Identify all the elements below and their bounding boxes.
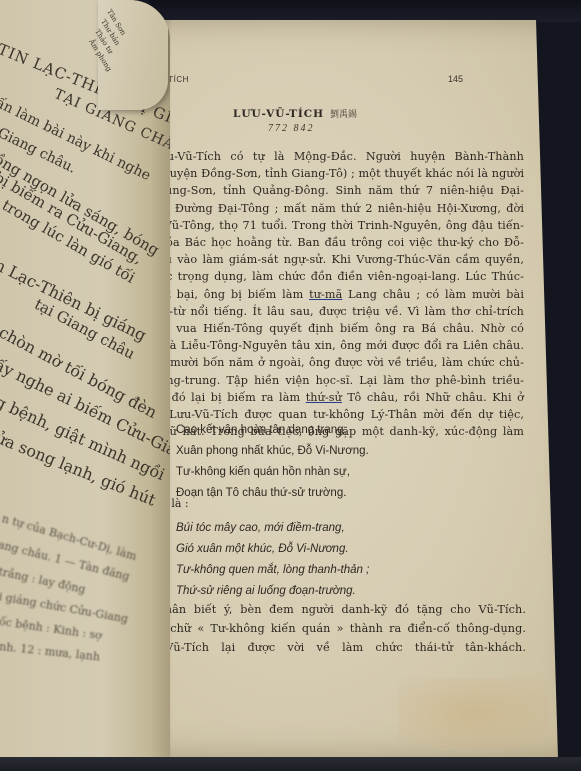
left-note-line: ốc bệnh : Kinh : sợ: [0, 615, 103, 642]
poem-line: Tư-không quen mắt, lòng thanh-thản ;: [176, 560, 369, 581]
poem-line: Gió xuân một khúc, Đỗ Vi-Nương.: [176, 539, 369, 560]
folded-page-corner: Tân Sơn Thư bản Thảo tư Âm phong: [98, 0, 168, 110]
poem-line: Đoạn tận Tô châu thứ-sử trường.: [176, 483, 369, 504]
text-line: -lang-trung. Tập hiền viện học-sĩ. Lại l…: [152, 372, 524, 389]
text-line: khóa Bác học hoằng từ. Ban đầu trông coi…: [152, 234, 524, 251]
text-line: ần, vua Hiến-Tông quyết định biếm ông ra…: [152, 320, 524, 337]
text-line: sau vào làm giám-sát ngự-sử. Khi Vương-T…: [152, 251, 524, 268]
text-line: g Vũ-Tông, thọ 71 tuổi. Trong thời Trinh…: [152, 217, 524, 234]
underlined-term: thứ-sử: [306, 391, 342, 404]
dark-background-bottom: [0, 757, 581, 771]
poem-line: Búi tóc mây cao, mới điềm-trang,: [176, 518, 369, 539]
entry-title: LƯU-VŨ-TÍCH劉禹錫: [233, 107, 357, 120]
text-line: do đó lại bị biếm ra làm thứ-sử Tô châu,…: [152, 389, 524, 406]
text-line: Lý-Thân biết ý, bèn đem người danh-kỹ đó…: [140, 600, 526, 619]
poem-line: Tư-không kiến quán hồn nhàn sự,: [176, 462, 369, 483]
right-page: VŨ-TÍCH 145 LƯU-VŨ-TÍCH劉禹錫 772 842 Lưu-V…: [118, 20, 558, 758]
page-number: 145: [448, 74, 463, 84]
closing-paragraph: Lý-Thân biết ý, bèn đem người danh-kỹ đó…: [140, 600, 526, 657]
text-line: mấy chữ « Tư-không kiến quán » thành ra …: [140, 619, 526, 638]
text-line: Trung-Sơn, tỉnh Quảng-Đông. Sinh năm thứ…: [152, 182, 524, 199]
text-line: đời Đường Đại-Tông ; mất năm thứ 2 niên-…: [152, 200, 524, 217]
text-line: ộ và Liễu-Tông-Nguyên tâu xin, ông mới đ…: [152, 337, 524, 354]
entry-title-hanzi: 劉禹錫: [330, 110, 357, 120]
poem-original: Cao kết vân hoàn tân dạng trang, Xuân ph…: [176, 420, 369, 504]
dark-background-top: [150, 0, 581, 22]
poem-translation: Búi tóc mây cao, mới điềm-trang, Gió xuâ…: [176, 518, 369, 602]
poem-line: Xuân phong nhất khúc, Đỗ Vi-Nương.: [176, 441, 369, 462]
text-line: yn mười bốn năm ở ngoài, ông được vời về…: [152, 354, 524, 371]
biography-paragraph: Lưu-Vũ-Tích có tự là Mộng-Đắc. Người huy…: [152, 148, 524, 440]
left-note-line: nh. 12 : mưa, lạnh: [0, 640, 101, 664]
left-page: TIN LẠC-THIÊN BỊ GIÁNG TẠI GIANG CHÂU ấn…: [0, 0, 170, 757]
text-line: chỉ-từ nổi tiếng. Ít lâu sau, được triệu…: [152, 303, 524, 320]
text-line: bất bại, ông bị biếm làm tư-mã Lang châu…: [152, 286, 524, 303]
text-line: ược trọng dụng, làm chức đồn điền viên-n…: [152, 268, 524, 285]
text-line: Lưu-Vũ-Tích lại được vời về làm chức thá…: [140, 638, 526, 657]
entry-title-text: LƯU-VŨ-TÍCH: [233, 108, 324, 120]
poem-line: Thứ-sử riêng ai luống đoạn-trường.: [176, 581, 369, 602]
poem-line: Cao kết vân hoàn tân dạng trang,: [176, 420, 369, 441]
paper-stain: [398, 678, 548, 748]
text-line: Lưu-Vũ-Tích có tự là Mộng-Đắc. Người huy…: [152, 148, 524, 165]
entry-dates: 772 842: [268, 123, 315, 134]
text-line: à huyện Đồng-Sơn, tỉnh Giang-Tô) ; một t…: [152, 165, 524, 182]
underlined-term: tư-mã: [309, 288, 342, 301]
